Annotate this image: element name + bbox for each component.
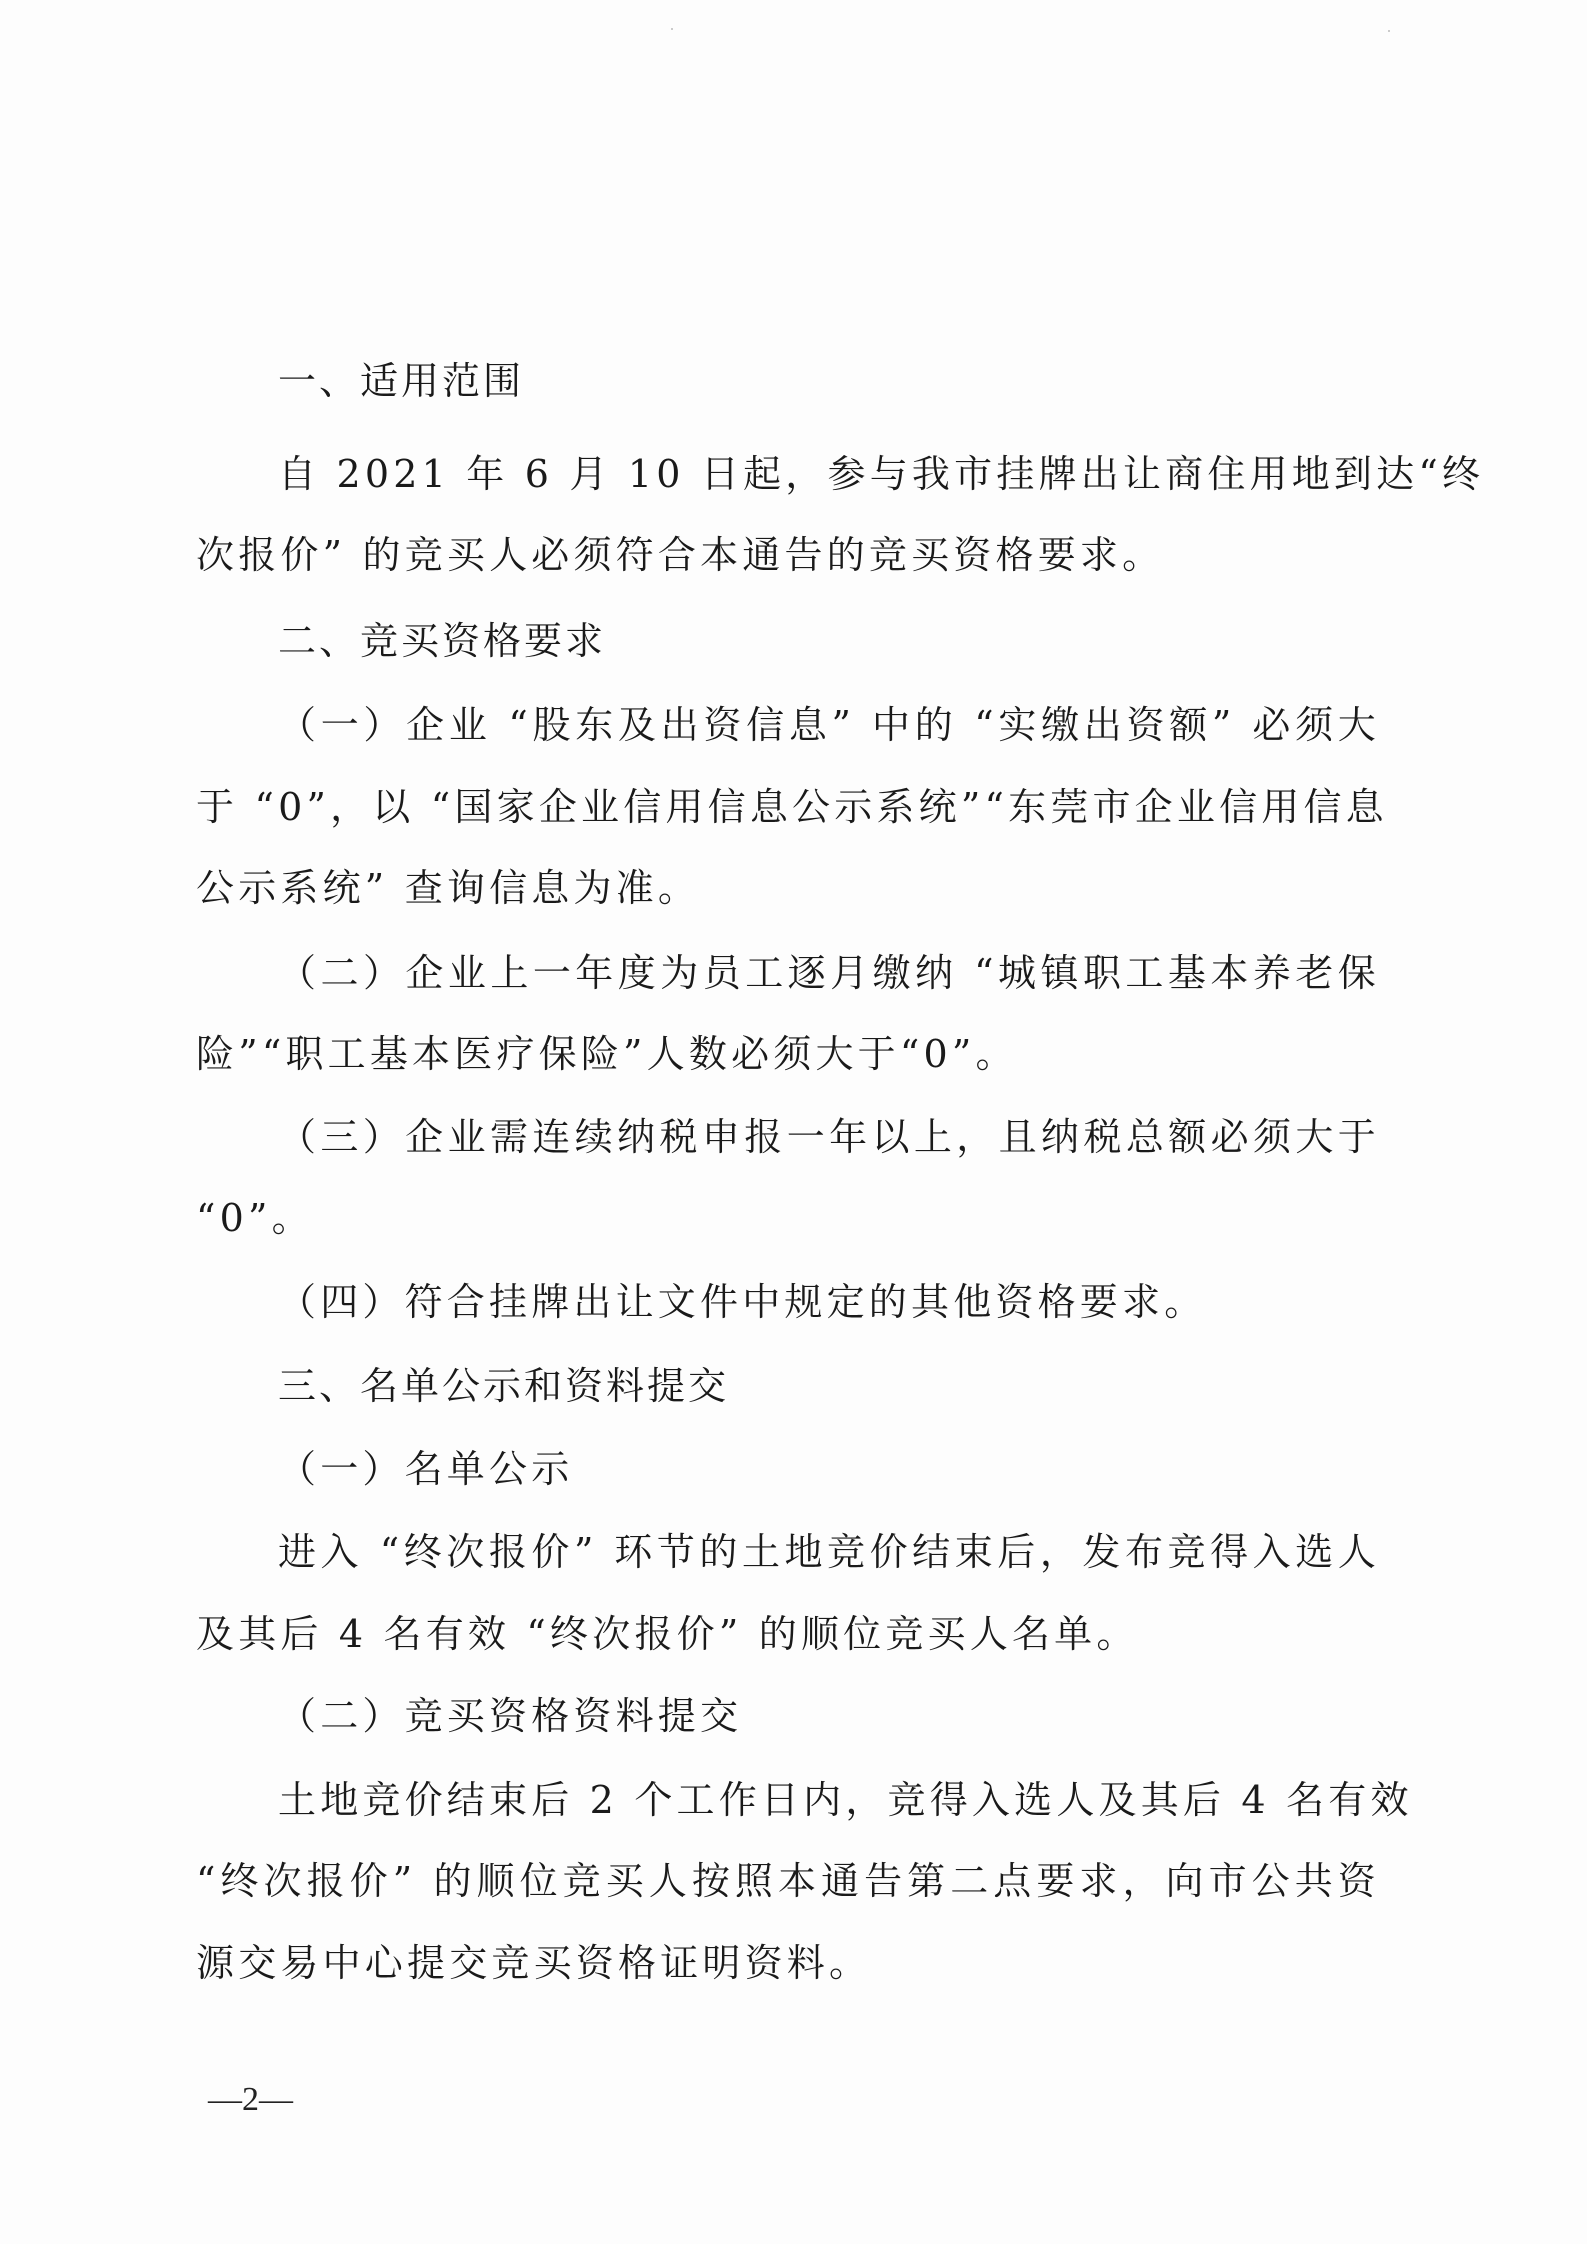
paragraph-line: （一）企业 “股东及出资信息” 中的 “实缴出资额” 必须大 (278, 700, 1380, 750)
subsection-heading-list-publication: （一）名单公示 (278, 1444, 1380, 1494)
paragraph-line: 土地竞价结束后 2 个工作日内，竞得入选人及其后 4 名有效 (278, 1775, 1380, 1825)
paragraph-line: “终次报价” 的顺位竞买人按照本通告第二点要求，向市公共资 (196, 1856, 1380, 1906)
paragraph-line: “0”。 (196, 1193, 1380, 1243)
paragraph-line: （二）企业上一年度为员工逐月缴纳 “城镇职工基本养老保 (278, 948, 1380, 998)
paragraph-line: 险”“职工基本医疗保险”人数必须大于“0”。 (196, 1029, 1380, 1079)
paragraph-line: 及其后 4 名有效 “终次报价” 的顺位竞买人名单。 (196, 1609, 1380, 1659)
paragraph-line: 次报价” 的竞买人必须符合本通告的竞买资格要求。 (196, 530, 1380, 580)
subsection-heading-materials: （二）竞买资格资料提交 (278, 1691, 1380, 1741)
page-number: —2— (208, 2080, 293, 2120)
paragraph-line: 公示系统” 查询信息为准。 (196, 863, 1380, 913)
paragraph-line: 于 “0”，以 “国家企业信用信息公示系统”“东莞市企业信用信息 (196, 782, 1380, 832)
section-heading-scope: 一、适用范围 (278, 356, 1380, 406)
paragraph-line: 进入 “终次报价” 环节的土地竞价结束后，发布竞得入选人 (278, 1527, 1380, 1577)
section-heading-requirements: 二、竞买资格要求 (278, 616, 1380, 666)
paragraph-line: 源交易中心提交竞买资格证明资料。 (196, 1938, 1380, 1988)
scan-speck (671, 28, 673, 30)
paragraph-line: （四）符合挂牌出让文件中规定的其他资格要求。 (278, 1277, 1380, 1327)
paragraph-line: （三）企业需连续纳税申报一年以上，且纳税总额必须大于 (278, 1112, 1380, 1162)
document-page: 一、适用范围 自 2021 年 6 月 10 日起，参与我市挂牌出让商住用地到达… (0, 0, 1587, 2244)
section-heading-publication: 三、名单公示和资料提交 (278, 1361, 1380, 1411)
paragraph-line: 自 2021 年 6 月 10 日起，参与我市挂牌出让商住用地到达“终 (278, 449, 1380, 499)
scan-speck (1388, 30, 1390, 32)
